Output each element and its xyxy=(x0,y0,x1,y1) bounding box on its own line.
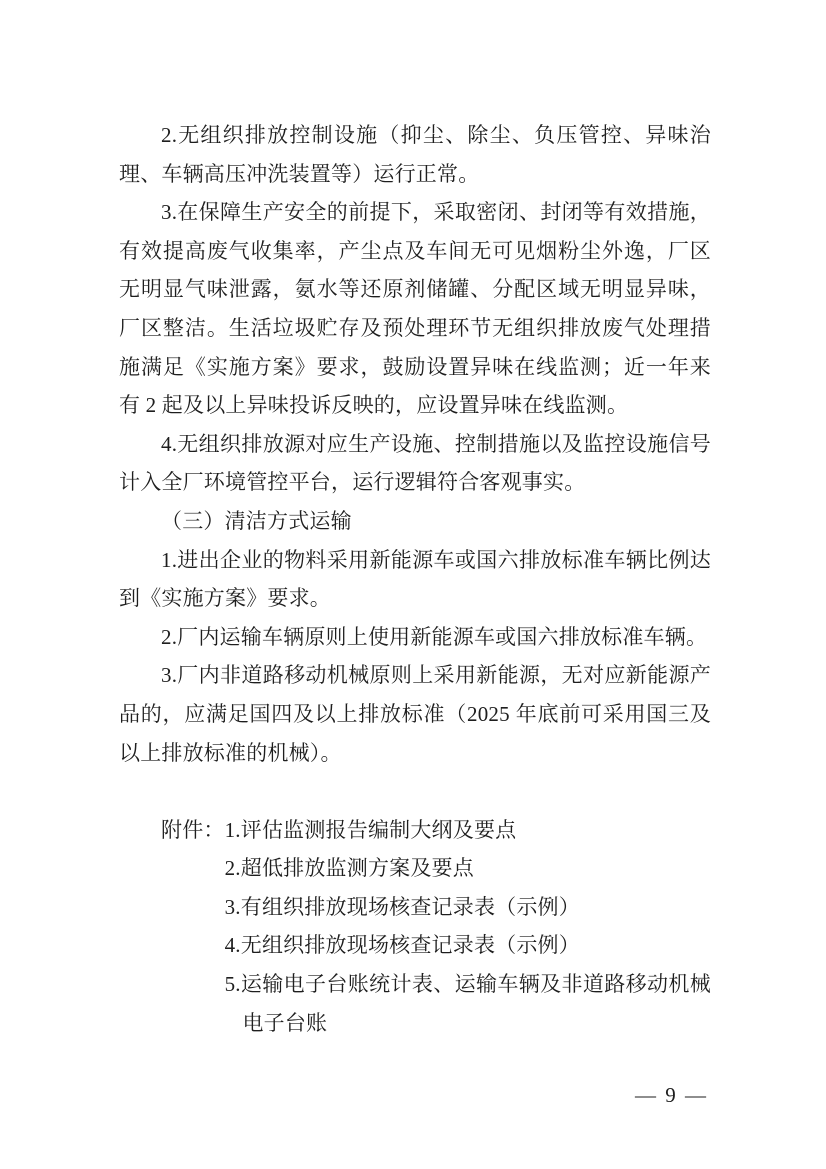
body-paragraph-monitoring-signals: 4.无组织排放源对应生产设施、控制措施以及监控设施信号计入全厂环境管控平台，运行… xyxy=(119,425,711,502)
attachment-item-4: 4.无组织排放现场核查记录表（示例） xyxy=(225,926,711,965)
body-paragraph-plant-vehicles: 2.厂内运输车辆原则上使用新能源车或国六排放标准车辆。 xyxy=(119,618,711,657)
attachments-list: 1.评估监测报告编制大纲及要点 2.超低排放监测方案及要点 3.有组织排放现场核… xyxy=(225,811,711,1043)
attachments-block: 附件： 1.评估监测报告编制大纲及要点 2.超低排放监测方案及要点 3.有组织排… xyxy=(119,811,711,1043)
section-heading-clean-transport: （三）清洁方式运输 xyxy=(119,502,711,541)
attachments-label: 附件： xyxy=(161,811,225,1043)
attachment-item-1: 1.评估监测报告编制大纲及要点 xyxy=(225,811,711,850)
attachment-item-2: 2.超低排放监测方案及要点 xyxy=(225,849,711,888)
document-body: 2.无组织排放控制设施（抑尘、除尘、负压管控、异味治理、车辆高压冲洗装置等）运行… xyxy=(119,116,711,1042)
attachment-item-3: 3.有组织排放现场核查记录表（示例） xyxy=(225,888,711,927)
attachment-item-5: 5.运输电子台账统计表、运输车辆及非道路移动机械电子台账 xyxy=(225,965,711,1042)
body-paragraph-control-facilities: 2.无组织排放控制设施（抑尘、除尘、负压管控、异味治理、车辆高压冲洗装置等）运行… xyxy=(119,116,711,193)
body-paragraph-sealing-measures: 3.在保障生产安全的前提下，采取密闭、封闭等有效措施，有效提高废气收集率，产尘点… xyxy=(119,193,711,425)
body-paragraph-nonroad-machinery: 3.厂内非道路移动机械原则上采用新能源，无对应新能源产品的，应满足国四及以上排放… xyxy=(119,656,711,772)
body-paragraph-material-vehicles: 1.进出企业的物料采用新能源车或国六排放标准车辆比例达到《实施方案》要求。 xyxy=(119,541,711,618)
document-page: 2.无组织排放控制设施（抑尘、除尘、负压管控、异味治理、车辆高压冲洗装置等）运行… xyxy=(0,0,826,1169)
page-number: — 9 — xyxy=(635,1082,708,1108)
